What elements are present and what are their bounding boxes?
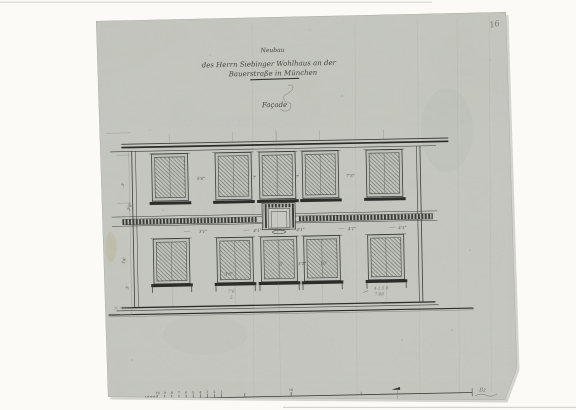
upper-window-row bbox=[149, 149, 406, 205]
window-lower-2 bbox=[214, 237, 257, 292]
scale-number: 6 bbox=[185, 391, 187, 395]
scale-major-label: 10 bbox=[289, 388, 293, 392]
scan-edge-line-top bbox=[0, 2, 432, 3]
pencil-note-right-1: 4.1.5.8 bbox=[373, 285, 389, 290]
caption-facade: Façade bbox=[261, 101, 287, 110]
dim-upper-4: 7'3" bbox=[346, 173, 355, 178]
dim-band-1: 3'1" bbox=[199, 229, 208, 234]
dim-band-5: 4'1" bbox=[397, 225, 407, 230]
scale-number: 10 bbox=[156, 391, 160, 395]
scale-number: 8 bbox=[171, 391, 173, 395]
dim-band-3: 4'1" bbox=[295, 227, 305, 232]
dim-band-2: 4'1" bbox=[252, 228, 262, 233]
dim-upper-2: 7' bbox=[253, 175, 257, 180]
dim-band-4: 4'1" bbox=[347, 226, 357, 231]
dim-mid-2: 3' bbox=[279, 261, 283, 266]
scan-edge-line-bottom bbox=[283, 407, 576, 408]
scanned-architectural-drawing: Neubau des Herrn Siebinger Wohlhaus an d… bbox=[0, 0, 576, 410]
dim-upper-3: 7' bbox=[296, 174, 300, 179]
window-upper-5 bbox=[363, 149, 406, 201]
paper-stain bbox=[163, 315, 247, 355]
window-lower-5 bbox=[365, 234, 408, 289]
dim-mid-4: 10' bbox=[320, 261, 327, 266]
window-upper-3 bbox=[256, 151, 299, 203]
paper-sheet: Neubau des Herrn Siebinger Wohlhaus an d… bbox=[90, 8, 522, 410]
title-line-1: Neubau bbox=[260, 47, 285, 54]
dim-mid-3: 3'1" bbox=[298, 261, 307, 266]
pencil-note-left-1: 7'6 bbox=[228, 289, 235, 295]
dim-mid-1: 3'6" bbox=[225, 271, 234, 276]
signature-text: Bz bbox=[478, 388, 486, 394]
scale-number: 2 bbox=[213, 390, 215, 394]
dim-upper-1: 5'6" bbox=[197, 176, 206, 181]
window-lower-1 bbox=[150, 238, 193, 293]
pencil-note-right-2: 7.88 bbox=[375, 291, 385, 296]
window-upper-1 bbox=[149, 153, 192, 205]
pencil-note-left-2: 5 bbox=[230, 295, 233, 301]
window-upper-2 bbox=[212, 152, 255, 204]
paper-stain bbox=[106, 232, 117, 262]
scale-number: 4 bbox=[199, 390, 201, 394]
scale-number: 1 bbox=[220, 390, 222, 394]
scale-number: 5 bbox=[192, 390, 194, 394]
window-upper-4 bbox=[299, 150, 342, 202]
paper-stain bbox=[421, 88, 473, 172]
scale-number: 7 bbox=[178, 391, 180, 395]
scale-number: 3 bbox=[206, 390, 208, 394]
scale-number: 9 bbox=[164, 391, 166, 395]
